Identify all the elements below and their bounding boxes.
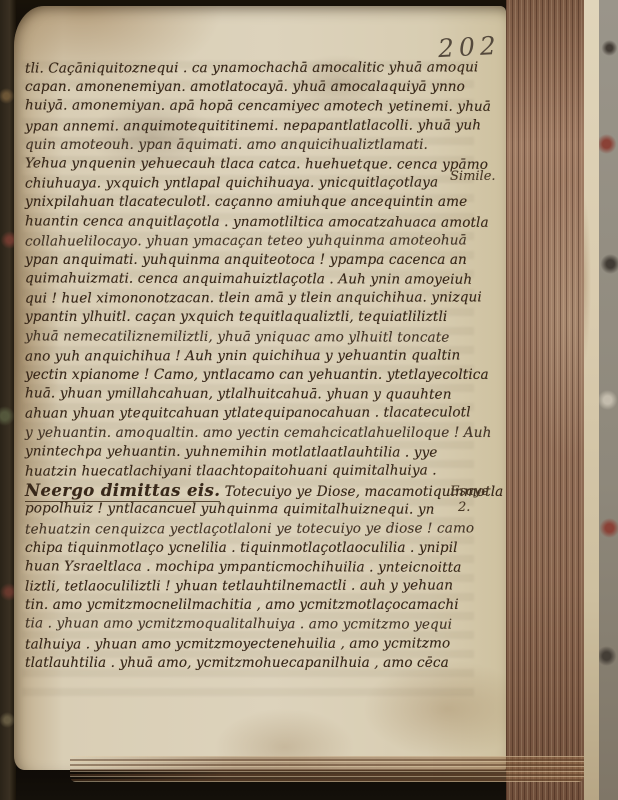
manuscript-line: collahuelilocayo. yhuan ymacaçan teteo y… bbox=[25, 231, 459, 251]
manuscript-line: yectin xpianome ! Camo, yntlacamo can ye… bbox=[25, 366, 459, 385]
manuscript-line: ynintechpa yehuantin. yuhnemihin motlatl… bbox=[25, 442, 459, 463]
margin-note-line: 2. bbox=[450, 500, 504, 516]
manuscript-line: tehuatzin cenquizca yectlaçotlaloni ye t… bbox=[25, 519, 459, 539]
manuscript-line: tli. Caçāniquitoznequi . ca ynamochachā … bbox=[25, 58, 459, 78]
manuscript-line: chiuhuaya. yxquich yntlapal quichihuaya.… bbox=[25, 174, 459, 194]
manuscript-line: quimahuizmati. cenca anquimahuiztlaçotla… bbox=[25, 269, 459, 290]
manuscript-line: y yehuantin. amoqualtin. amo yectin cema… bbox=[25, 424, 459, 443]
manuscript-line: liztli, tetlaoculiliztli ! yhuan tetlauh… bbox=[25, 576, 459, 596]
manuscript-line: talhuiya . yhuan amo ycmitzmoyectenehuil… bbox=[25, 634, 459, 654]
manuscript-line: tin. amo ycmitzmocnelilmachitia , amo yc… bbox=[25, 596, 459, 615]
manuscript-line: huiyā. amonemiyan. apā hopā cencamiyec a… bbox=[25, 97, 459, 118]
manuscript-line: tlatlauhtilia . yhuā amo, ycmitzmohuecap… bbox=[25, 654, 459, 673]
manuscript-line: ypan annemi. anquimotequititinemi. nepap… bbox=[25, 116, 459, 136]
manuscript-line: tia . yhuan amo ycmitzmoqualitalhuiya . … bbox=[25, 615, 459, 636]
manuscript-line: huan Ysraeltlaca . mochipa ympanticmochi… bbox=[25, 557, 459, 578]
manuscript-line: quin amoteouh. ypan āquimati. amo anquic… bbox=[25, 136, 459, 155]
manuscript-line: huā. yhuan ymillahcahuan, ytlalhuitcahuā… bbox=[25, 385, 459, 406]
margin-note-simile: Simile. bbox=[450, 169, 504, 185]
manuscript-line: ynixpilahuan tlacateculotl. caçanno amiu… bbox=[25, 193, 459, 212]
book-photo: 202 tli. Caçāniquitoznequi . ca ynamocha… bbox=[0, 0, 618, 800]
manuscript-line: Neergo dimittas eis. Totecuiyo ye Diose,… bbox=[25, 481, 459, 500]
margin-note-esaye: Esaye2. bbox=[450, 484, 504, 516]
manuscript-line: ypan anquimati. yuhquinma anquiteotoca !… bbox=[25, 251, 459, 270]
manuscript-line: ano yuh anquichihua ! Auh ynin quichihua… bbox=[25, 346, 459, 366]
manuscript-line: yhuā nemecatiliznemiliztli, yhuā yniquac… bbox=[25, 327, 459, 348]
manuscript-page: 202 tli. Caçāniquitoznequi . ca ynamocha… bbox=[14, 6, 506, 770]
margin-note-line: Simile. bbox=[450, 169, 504, 185]
manuscript-line: huatzin huecatlachiyani tlaachtopaitohua… bbox=[25, 461, 459, 481]
manuscript-line: qui ! huel ximononotzacan. tlein amā y t… bbox=[25, 289, 459, 309]
manuscript-line: chipa tiquinmotlaço ycnelilia . tiquinmo… bbox=[25, 539, 459, 558]
manuscript-line: ahuan yhuan ytequitcahuan ytlatequipanoc… bbox=[25, 404, 459, 424]
book-fore-edge-pages bbox=[506, 0, 584, 800]
manuscript-line: Yehua ynquenin yehuecauh tlaca catca. hu… bbox=[25, 154, 459, 175]
page-edge-strip bbox=[584, 0, 599, 800]
manuscript-text-block: tli. Caçāniquitoznequi . ca ynamochachā … bbox=[25, 59, 459, 673]
manuscript-line: ypantin ylhuitl. caçan yxquich tequitlaq… bbox=[25, 308, 459, 327]
manuscript-line: popolhuiz ! yntlacancuel yuhquinma quimi… bbox=[25, 500, 459, 521]
bottom-page-edges bbox=[70, 756, 584, 782]
marbled-paper-right bbox=[599, 0, 618, 800]
manuscript-line: capan. amonenemiyan. amotlatocayā. yhuā … bbox=[25, 78, 459, 97]
margin-note-line: Esaye bbox=[450, 484, 504, 500]
manuscript-line: huantin cenca anquitlaçotla . ynamotlilt… bbox=[25, 212, 459, 233]
